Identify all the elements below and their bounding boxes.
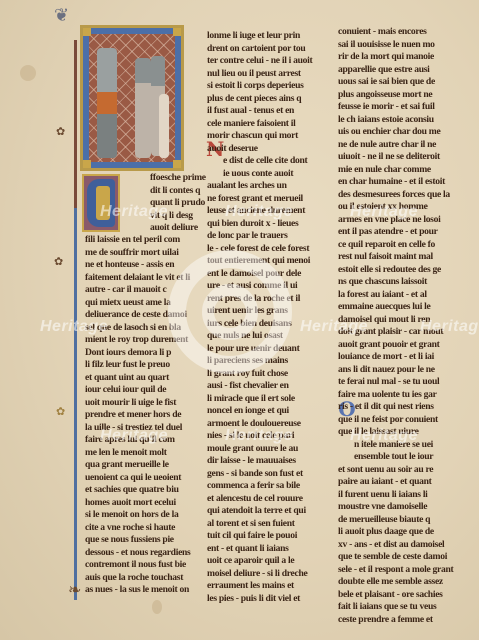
parchment-stain bbox=[20, 65, 36, 81]
text-line: homes auoit mort ecelui bbox=[85, 497, 208, 510]
text-line: que se nous fussiens pie bbox=[85, 534, 208, 547]
text-line: moisel deliure - si li dreche bbox=[207, 568, 325, 581]
margin-flourish: ✿ bbox=[56, 125, 65, 138]
captive-figure bbox=[135, 58, 151, 158]
text-line: louiance de mort - et li iai bbox=[338, 351, 456, 364]
gilded-corner bbox=[83, 28, 91, 36]
watermark-logo bbox=[168, 250, 292, 374]
text-line: de lonc par le trauers bbox=[207, 230, 325, 243]
text-line: gens - si bande son fust et bbox=[207, 468, 325, 481]
text-line: morir chascun qui mort bbox=[207, 130, 325, 143]
watermark-text: Heritage bbox=[225, 203, 293, 221]
text-line: dessous - et nous regardiens bbox=[85, 547, 208, 560]
text-line: uous sai ie sai bien que de bbox=[338, 76, 456, 89]
text-line: et quant uint au quart bbox=[85, 372, 208, 385]
text-line: ans li dit nauez pour le ne bbox=[338, 364, 456, 377]
text-line: bele et plaisant - ore sachies bbox=[338, 589, 456, 602]
text-line: apparellie que estre ausi bbox=[338, 64, 456, 77]
text-line: uis ou enchier char dou me bbox=[338, 126, 456, 139]
text-line: rir de la mort qui manoie bbox=[338, 51, 456, 64]
text-line: cele maniere faisoient il bbox=[207, 118, 325, 131]
watermark-text: Heritage bbox=[350, 203, 418, 221]
text-line: ne de nule autre char il ne bbox=[338, 139, 456, 152]
gilded-corner bbox=[173, 28, 181, 36]
text-line: lonme li iuge et leur prin bbox=[207, 30, 325, 43]
text-line: auoit deliure bbox=[150, 222, 208, 235]
text-line: drent on cartoient por tou bbox=[207, 43, 325, 56]
text-line: contremont il nous fust bie bbox=[85, 559, 208, 572]
text-line: moustre vne damoiselle bbox=[338, 501, 456, 514]
text-line: li filz leur fust le preuo bbox=[85, 359, 208, 372]
watermark-text: Heritage bbox=[225, 427, 293, 445]
text-line: il furent uenu li iaians li bbox=[338, 489, 456, 502]
text-line: e dist de celle cite dont bbox=[207, 155, 325, 168]
text-line: commenca a ferir sa bile bbox=[207, 480, 325, 493]
text-line: ausi - fist chevalier en bbox=[207, 380, 325, 393]
gilded-corner bbox=[173, 160, 181, 168]
text-line: et sont uenu au soir au re bbox=[338, 464, 456, 477]
text-line: aualant les arches un bbox=[207, 180, 325, 193]
watermark-logo-ring bbox=[202, 284, 258, 340]
text-line: uenoient ca qui le ueoient bbox=[85, 472, 208, 485]
text-line: mie en nule char comme bbox=[338, 164, 456, 177]
text-line: ris - et il dit qui nest riens bbox=[338, 401, 456, 414]
text-line: de merueilleuse biaute q bbox=[338, 514, 456, 527]
text-line: erraument les mains et bbox=[207, 580, 325, 593]
text-line: rest nul faisoit maint mal bbox=[338, 251, 456, 264]
text-line: ns que chascuns laissoit bbox=[338, 276, 456, 289]
margin-flourish: ✿ bbox=[56, 405, 65, 418]
text-line: ce quil reparoit en celle fo bbox=[338, 239, 456, 252]
margin-flourish: ✿ bbox=[54, 255, 63, 268]
text-line: iour celui iour quil de bbox=[85, 384, 208, 397]
miniature-illustration bbox=[80, 25, 184, 171]
parchment-stain bbox=[152, 600, 162, 614]
text-line: feusse ie morir - et sai fuil bbox=[338, 101, 456, 114]
gilded-corner bbox=[83, 160, 91, 168]
text-line: les pies - puis li dit viel et bbox=[207, 593, 325, 606]
text-line: me de souffrir mort uilai bbox=[85, 247, 208, 260]
text-line: plus angoisseuse mort ne bbox=[338, 89, 456, 102]
text-line: estoit elle si redoutee des ge bbox=[338, 264, 456, 277]
text-line: uoit mourir li uige le fist bbox=[85, 397, 208, 410]
text-line: des desmesurees forces que la bbox=[338, 189, 456, 202]
text-line: plus de cent pieces ains q bbox=[207, 93, 325, 106]
bottom-flourish: ❧ bbox=[68, 580, 81, 599]
text-line: xv - ans - et dist au damoisel bbox=[338, 539, 456, 552]
text-line: as nues - la sus le menoit on bbox=[85, 584, 208, 597]
text-line: dir laisse - le mauuaises bbox=[207, 455, 325, 468]
text-line: et sachies que quatre biu bbox=[85, 484, 208, 497]
text-line: tuit cil qui faire le pouoi bbox=[207, 530, 325, 543]
text-line: prendre et mener hors de bbox=[85, 409, 208, 422]
text-line: que il ne feist por conuient bbox=[338, 414, 456, 427]
text-line: ceste prendre a femme et bbox=[338, 614, 456, 627]
text-line: ter contre celui - ne il i auoit bbox=[207, 55, 325, 68]
text-line: auis que la roche touchast bbox=[85, 572, 208, 585]
watermark-text: Heritage bbox=[350, 427, 418, 445]
text-line: ent il pas atendre - et pour bbox=[338, 226, 456, 239]
text-line: qui atendoit la terre et qui bbox=[207, 505, 325, 518]
text-line: auoit grant pouoir et grant bbox=[338, 339, 456, 352]
watermark-text: Heritage bbox=[300, 318, 368, 336]
text-line: li auoit plus daage que de bbox=[338, 526, 456, 539]
text-line: te ferai nul mal - se tu uoul bbox=[338, 376, 456, 389]
text-line: en char humaine - et il estoit bbox=[338, 176, 456, 189]
text-line: me len le menoit molt bbox=[85, 447, 208, 460]
text-line: conuient - mais encores bbox=[338, 26, 456, 39]
text-line: que te semble de ceste damoi bbox=[338, 551, 456, 564]
text-line: la forest au iaiant - et al bbox=[338, 289, 456, 302]
text-line: nul lieu ou il peust arrest bbox=[207, 68, 325, 81]
text-line: dit li contes q bbox=[150, 185, 208, 198]
text-line: ensemble tout le iour bbox=[338, 451, 456, 464]
watermark-text: Heritage bbox=[420, 318, 479, 336]
manuscript-page: ❦ ❧ ✿ ✿ ✿ N O ffoesche prime dit li cont… bbox=[0, 0, 479, 640]
text-line: noncel en ionge et qui bbox=[207, 405, 325, 418]
text-line: emmaine auecques lui le bbox=[338, 301, 456, 314]
text-line: sele - et il respont a mole grant bbox=[338, 564, 456, 577]
knight-figure bbox=[97, 48, 117, 158]
text-line: ie uous conte auoit bbox=[207, 168, 325, 181]
text-line: faire ma uolente tu ies gar bbox=[338, 389, 456, 402]
text-line: uiuoit - ne il ne se deliteroit bbox=[338, 151, 456, 164]
child-figure bbox=[159, 94, 169, 158]
text-line: doubte elle me semble assez bbox=[338, 576, 456, 589]
text-line: il fust aual - tenus et en bbox=[207, 105, 325, 118]
lozenge-background bbox=[89, 34, 175, 162]
text-line: cite a vne roche si haute bbox=[85, 522, 208, 535]
watermark-text: Heritage bbox=[100, 427, 168, 445]
text-line: qua grant merueille le bbox=[85, 459, 208, 472]
text-line: fili laissie en tel peril com bbox=[85, 234, 208, 247]
text-line: si estoit li corps deperieus bbox=[207, 80, 325, 93]
text-line: fait li iaians que se tu veus bbox=[338, 601, 456, 614]
text-line: auoit deserue bbox=[207, 143, 325, 156]
text-line: ent - et quant li iaians bbox=[207, 543, 325, 556]
watermark-text: Heritage bbox=[40, 318, 108, 336]
text-line: uoit ce aparoir quil a le bbox=[207, 555, 325, 568]
text-line: ffoesche prime bbox=[150, 172, 208, 185]
text-line: al torent et si sen fuient bbox=[207, 518, 325, 531]
text-line: et alencestu de cel rouure bbox=[207, 493, 325, 506]
watermark-text: Heritage bbox=[100, 203, 168, 221]
dragon-head-flourish: ❦ bbox=[54, 5, 69, 26]
text-line: paire au iaiant - et quant bbox=[338, 476, 456, 489]
text-line: le ch iaians estoie aconsiu bbox=[338, 114, 456, 127]
text-line: li miracle que il ert sole bbox=[207, 393, 325, 406]
text-line: sai il uouisisse le nuen mo bbox=[338, 39, 456, 52]
text-line: si le menoit on hors de la bbox=[85, 509, 208, 522]
